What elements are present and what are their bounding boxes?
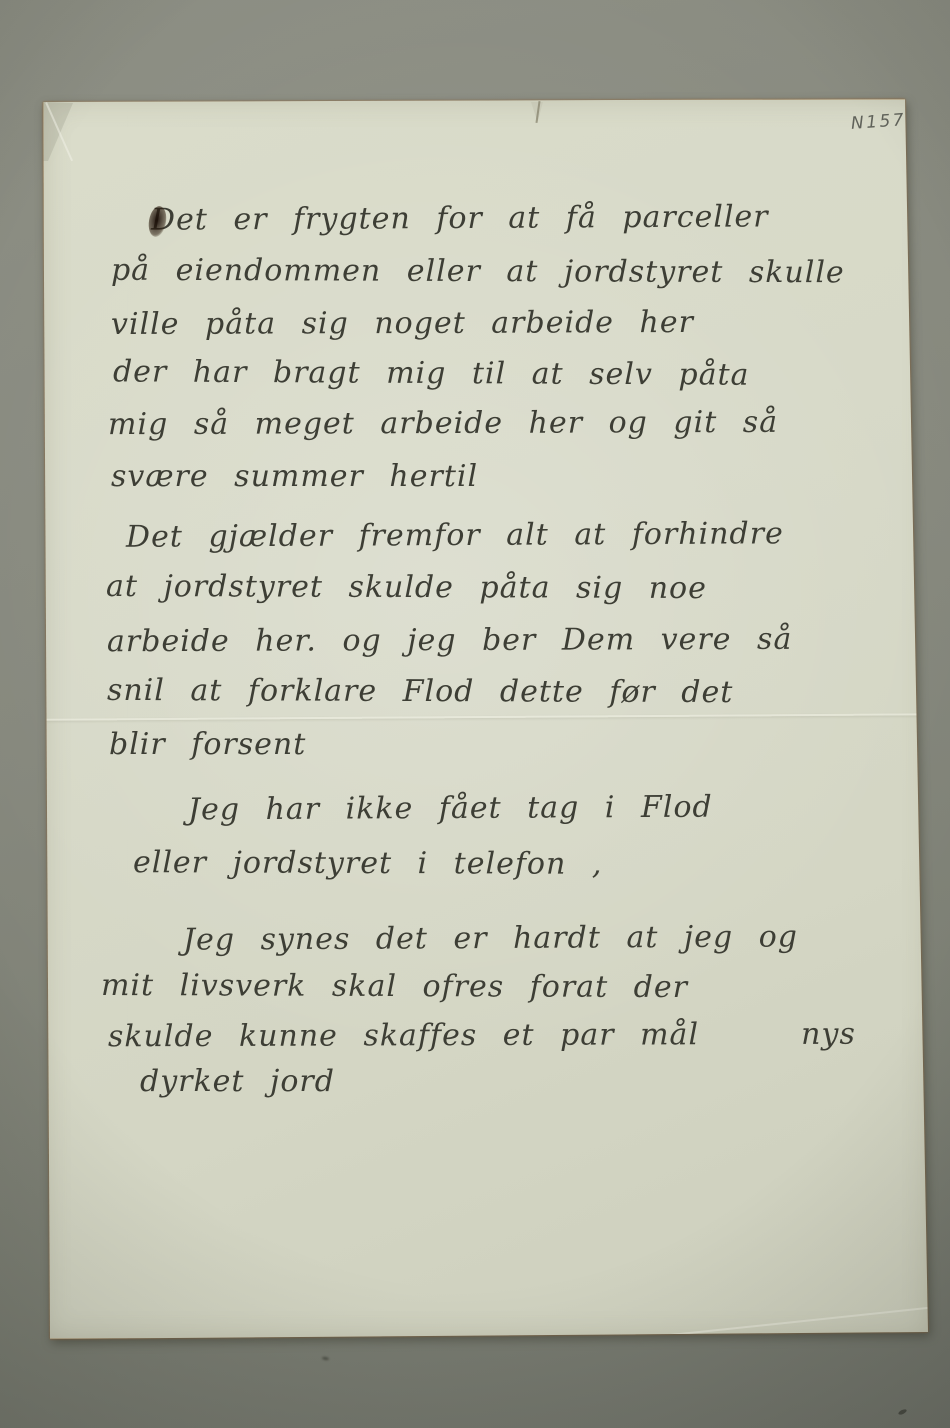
handwriting-line: ville påta sig noget arbeide her [111, 308, 694, 340]
paper-shadow-wrapper: N157 Det er frygten for at få parceller … [43, 99, 930, 1339]
handwriting-line: skulde kunne skaffes et par mål nys [108, 1020, 856, 1053]
bottom-right-crease [659, 1307, 930, 1337]
handwriting-line: snil at forklare Flod dette før det [107, 676, 733, 708]
handwriting-line: at jordstyret skulde påta sig noe [106, 572, 707, 604]
handwriting-line: svære summer hertil [111, 462, 478, 492]
archive-number-pencil: N157 [850, 110, 906, 134]
handwriting-line: arbeide her. og jeg ber Dem vere så [107, 625, 792, 657]
handwriting-line: Jeg synes det er hardt at jeg og [183, 922, 798, 955]
handwriting-line: eller jordstyret i telefon , [133, 848, 603, 880]
handwriting-line: mig så meget arbeide her og git så [108, 408, 778, 440]
handwriting-line: der har bragt mig til at selv påta [113, 357, 750, 390]
handwriting-line: Jeg har ikke fået tag i Flod [188, 793, 713, 826]
horizontal-fold-crease [43, 713, 928, 720]
handwriting-line: Det gjælder fremfor alt at forhindre [126, 519, 784, 552]
handwriting-line: på eiendommen eller at jordstyret skulle [111, 256, 845, 289]
handwriting-line: dyrket jord [140, 1067, 335, 1097]
handwriting-line: blir forsent [109, 730, 306, 760]
handwriting-line: mit livsverk skal ofres forat der [101, 971, 688, 1003]
letter-paper: N157 Det er frygten for at få parceller … [43, 99, 930, 1339]
handwriting-line: Det er frygten for at få parceller [151, 202, 769, 235]
